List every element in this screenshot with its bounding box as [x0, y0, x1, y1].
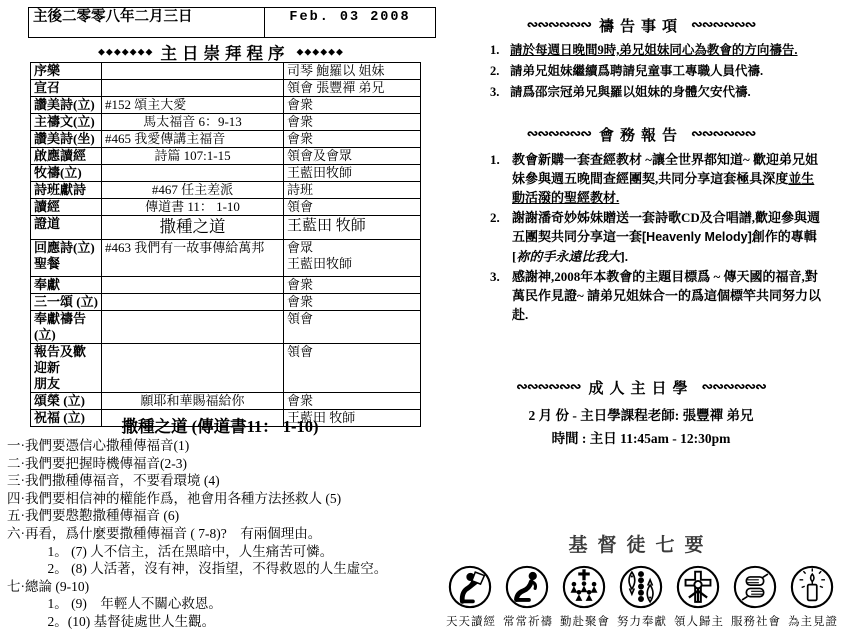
program-row: 詩班獻詩 #467 任主差派 詩班 [31, 182, 421, 199]
essential-label: 常常祈禱 [503, 613, 551, 629]
program-row: 宣召 領會 張豐禪 弟兄 [31, 80, 421, 97]
seven-essentials-icons: 天天讀經 常常祈禱 [440, 564, 842, 629]
program-item-cell: 讚美詩(立) [31, 97, 102, 114]
report-item: 2. 謝謝潘奇妙姊妹贈送一套詩歌CD及合唱譜,歡迎參與週五團契共同分享這一套[H… [490, 208, 826, 266]
ornament-left: ∾∾∾∾∾∾ [516, 380, 580, 395]
prayer-heading: ∾∾∾∾∾∾禱告事項∾∾∾∾∾∾ [440, 15, 842, 36]
sunday-school-section: ∾∾∾∾∾∾成人主日學∾∾∾∾∾∾ 2 月 份 - 主日學課程老師: 張豐禪 弟… [440, 377, 842, 447]
worship-order-heading: ◆◆◆◆◆◆◆主日崇拜程序◆◆◆◆◆◆ [0, 40, 442, 64]
program-item-cell: 詩班獻詩 [31, 182, 102, 199]
outline-line: 一·我們要憑信心撒種傳福音(1) [7, 437, 439, 455]
prayer-list: 1. 請於每週日晚間9時,弟兄姐妹同心為教會的方向禱告. 2. 請弟兄姐妹繼續爲… [490, 40, 842, 103]
program-leader-cell: 王藍田牧師 [284, 165, 421, 182]
ornament-right: ∾∾∾∾∾∾ [691, 18, 755, 33]
program-leader-cell: 會衆 [284, 393, 421, 410]
program-leader-cell: 會衆 [284, 131, 421, 148]
program-item-cell: 宣召 [31, 80, 102, 97]
essential-label: 努力奉獻 [617, 613, 665, 629]
sunday-school-heading: ∾∾∾∾∾∾成人主日學∾∾∾∾∾∾ [440, 377, 842, 398]
program-row: 序樂 司琴 鮑羅以 姐妹 [31, 63, 421, 80]
item-number: 2. [490, 61, 499, 82]
program-content-cell: #465 我愛傳講主福音 [102, 131, 284, 148]
worship-order-title: 主日崇拜程序 [160, 44, 289, 63]
report-item: 1. 教會新購一套查經教材 ~讓全世界都知道~ 歡迎弟兄姐妹參與週五晚間查經團契… [490, 150, 826, 207]
ornament-right: ∾∾∾∾∾∾ [702, 380, 766, 395]
item-number: 3. [490, 267, 500, 286]
program-row: 奉獻 會衆 [31, 277, 421, 294]
ornament-left: ∾∾∾∾∾∾ [527, 127, 591, 142]
outline-line: 二·我們要把握時機傳福音(2-3) [7, 455, 439, 473]
ornament-right: ∾∾∾∾∾∾ [691, 127, 755, 142]
program-table-body: 序樂 司琴 鮑羅以 姐妹 宣召 領會 張豐禪 弟兄 讚美詩(立) #152 頌主… [31, 63, 421, 427]
program-row: 讚美詩(坐) #465 我愛傳講主福音 會衆 [31, 131, 421, 148]
program-leader-cell: 會衆 [284, 114, 421, 131]
program-leader-cell: 領會 [284, 344, 421, 393]
program-row: 回應詩(立) 聖餐 #463 我們有一故事傳給萬邦 會眾 王藍田牧師 [31, 240, 421, 277]
reading-bible-icon [447, 564, 493, 610]
program-content-cell: #467 任主差派 [102, 182, 284, 199]
program-content-cell: 願耶和華賜福給你 [102, 393, 284, 410]
program-leader-cell: 會眾 王藍田牧師 [284, 240, 421, 277]
program-content-cell: 詩篇 107:1-15 [102, 148, 284, 165]
program-leader-cell: 領會 [284, 311, 421, 344]
program-leader-cell: 司琴 鮑羅以 姐妹 [284, 63, 421, 80]
essential-label: 天天讀經 [446, 613, 494, 629]
program-row: 三一頌 (立) 會衆 [31, 294, 421, 311]
program-leader-cell: 會衆 [284, 294, 421, 311]
fish-coins-offering-icon [618, 564, 664, 610]
report-item-text: ]. [620, 249, 628, 264]
program-content-cell: 馬太福音 6：9-13 [102, 114, 284, 131]
item-number: 1. [490, 150, 500, 169]
program-item-cell: 報告及歡迎新 朋友 [31, 344, 102, 393]
prayer-item: 2. 請弟兄姐妹繼續爲聘請兒童事工專職人員代禱. [490, 61, 842, 82]
program-row: 主禱文(立) 馬太福音 6：9-13 會衆 [31, 114, 421, 131]
date-chinese: 主後二零零八年二月三日 [29, 8, 265, 37]
program-item-cell: 奉獻禱告 (立) [31, 311, 102, 344]
program-leader-cell: 王藍田 牧師 [284, 216, 421, 240]
seven-essentials-section: 基督徒七要 天天讀經 [440, 530, 842, 629]
prayer-item: 3. 請爲邵宗冠弟兄與羅以姐妹的身體欠安代禱. [490, 82, 842, 103]
serving-hands-icon [732, 564, 778, 610]
program-leader-cell: 詩班 [284, 182, 421, 199]
prayer-item-text: 請爲邵宗冠弟兄與羅以姐妹的身體欠安代禱. [510, 85, 751, 99]
essential-label: 服務社會 [731, 613, 779, 629]
program-leader-cell: 領會 張豐禪 弟兄 [284, 80, 421, 97]
sunday-school-teacher: 2 月 份 - 主日學課程老師: 張豐禪 弟兄 [440, 404, 842, 424]
program-row: 報告及歡迎新 朋友 領會 [31, 344, 421, 393]
report-section: ∾∾∾∾∾∾會務報告∾∾∾∾∾∾ 1. 教會新購一套查經教材 ~讓全世界都知道~… [440, 124, 842, 325]
sunday-school-time: 時間 : 主日 11:45am - 12:30pm [440, 427, 842, 447]
essential-item: 勤赴聚會 [560, 564, 608, 629]
report-heading: ∾∾∾∾∾∾會務報告∾∾∾∾∾∾ [440, 124, 842, 145]
outline-line: 七·總論 (9-10) [7, 578, 439, 596]
program-row: 啟應讀經 詩篇 107:1-15 領會及會眾 [31, 148, 421, 165]
program-item-cell: 奉獻 [31, 277, 102, 294]
person-cross-icon [675, 564, 721, 610]
essential-item: 服務社會 [731, 564, 779, 629]
album-producer-name: [Heavenly Melody] [642, 230, 752, 244]
program-leader-cell: 會衆 [284, 277, 421, 294]
program-row: 牧禱(立) 王藍田牧師 [31, 165, 421, 182]
essential-label: 領人歸主 [674, 613, 722, 629]
essential-item: 為主見證 [788, 564, 836, 629]
outline-line: 1。 (7) 人不信主，活在黑暗中，人生痛苦可憐。 [7, 543, 439, 561]
report-title: 會務報告 [599, 128, 683, 144]
outline-line: 五·我們要慇懃撒種傳福音 (6) [7, 507, 439, 525]
program-content-cell [102, 311, 284, 344]
prayer-item-text: 請於每週日晚間9時,弟兄姐妹同心為教會的方向禱告. [510, 43, 798, 57]
essential-item: 努力奉獻 [617, 564, 665, 629]
essential-item: 天天讀經 [446, 564, 494, 629]
prayer-title: 禱告事項 [599, 19, 683, 35]
item-number: 3. [490, 82, 499, 103]
program-leader-cell: 會衆 [284, 97, 421, 114]
date-english: Feb. 03 2008 [265, 8, 435, 37]
sermon-title: 撒種之道 (傳道書11： 1-10) [0, 413, 440, 437]
date-header-box: 主後二零零八年二月三日 Feb. 03 2008 [28, 7, 436, 38]
program-content-cell [102, 277, 284, 294]
item-number: 1. [490, 40, 499, 61]
seven-essentials-title: 基督徒七要 [440, 530, 842, 557]
album-title: 祢的手永遠比我大 [516, 249, 620, 264]
program-content-cell [102, 165, 284, 182]
program-leader-cell: 領會 [284, 199, 421, 216]
program-row: 讚美詩(立) #152 頌主大愛 會衆 [31, 97, 421, 114]
program-content-cell: 撒種之道 [102, 216, 284, 240]
report-item-text: 教會新購一套查經教材 ~讓全世界都知道~ 歡迎弟兄姐妹參與週五晚間查經團契,共同… [512, 152, 818, 186]
outline-line: 三·我們撒種傳福音，不要看環境 (4) [7, 472, 439, 490]
outline-line: 2。 (8) 人活著，沒有神，沒指望，不得救恩的人生虛空。 [7, 560, 439, 578]
program-item-cell: 牧禱(立) [31, 165, 102, 182]
sermon-outline: 一·我們要憑信心撒種傳福音(1)二·我們要把握時機傳福音(2-3)三·我們撒種傳… [7, 437, 439, 631]
outline-line: 1。 (9) 年輕人不關心救恩。 [7, 595, 439, 613]
prayer-item: 1. 請於每週日晚間9時,弟兄姐妹同心為教會的方向禱告. [490, 40, 842, 61]
program-item-cell: 三一頌 (立) [31, 294, 102, 311]
program-content-cell [102, 63, 284, 80]
congregation-cross-icon [561, 564, 607, 610]
ornament-right: ◆◆◆◆◆◆ [296, 47, 344, 57]
program-content-cell: 傳道書 11： 1-10 [102, 199, 284, 216]
ornament-left: ◆◆◆◆◆◆◆ [98, 47, 153, 57]
program-row: 證道 撒種之道 王藍田 牧師 [31, 216, 421, 240]
item-number: 2. [490, 208, 500, 227]
program-row: 頌榮 (立) 願耶和華賜福給你 會衆 [31, 393, 421, 410]
ornament-left: ∾∾∾∾∾∾ [527, 18, 591, 33]
essential-label: 為主見證 [788, 613, 836, 629]
essential-label: 勤赴聚會 [560, 613, 608, 629]
sunday-school-title: 成人主日學 [588, 381, 693, 397]
program-item-cell: 頌榮 (立) [31, 393, 102, 410]
essential-item: 常常祈禱 [503, 564, 551, 629]
bulletin-page: 主後二零零八年二月三日 Feb. 03 2008 ◆◆◆◆◆◆◆主日崇拜程序◆◆… [0, 0, 842, 642]
report-list: 1. 教會新購一套查經教材 ~讓全世界都知道~ 歡迎弟兄姐妹參與週五晚間查經團契… [490, 150, 826, 324]
program-item-cell: 主禱文(立) [31, 114, 102, 131]
outline-line: 2。(10) 基督徒處世人生觀。 [7, 613, 439, 631]
program-item-cell: 序樂 [31, 63, 102, 80]
praying-icon [504, 564, 550, 610]
program-row: 讀經 傳道書 11： 1-10 領會 [31, 199, 421, 216]
program-content-cell: #152 頌主大愛 [102, 97, 284, 114]
worship-program-table: 序樂 司琴 鮑羅以 姐妹 宣召 領會 張豐禪 弟兄 讚美詩(立) #152 頌主… [30, 62, 421, 427]
program-row: 奉獻禱告 (立) 領會 [31, 311, 421, 344]
outline-line: 四·我們要相信神的權能作爲，祂會用各種方法拯救人 (5) [7, 490, 439, 508]
program-item-cell: 證道 [31, 216, 102, 240]
candle-witness-icon [789, 564, 835, 610]
program-content-cell [102, 294, 284, 311]
outline-line: 六·再看，爲什麼要撒種傳福音 ( 7-8)? 有兩個理由。 [7, 525, 439, 543]
program-item-cell: 啟應讀經 [31, 148, 102, 165]
report-item-text: 感謝神,2008年本教會的主題目標爲 ~ 傳天國的福音,對萬民作見證~ 請弟兄姐… [512, 269, 821, 322]
prayer-item-text: 請弟兄姐妹繼續爲聘請兒童事工專職人員代禱. [510, 64, 763, 78]
prayer-section: ∾∾∾∾∾∾禱告事項∾∾∾∾∾∾ 1. 請於每週日晚間9時,弟兄姐妹同心為教會的… [440, 15, 842, 103]
program-content-cell [102, 344, 284, 393]
report-item: 3. 感謝神,2008年本教會的主題目標爲 ~ 傳天國的福音,對萬民作見證~ 請… [490, 267, 826, 324]
essential-item: 領人歸主 [674, 564, 722, 629]
program-item-cell: 讀經 [31, 199, 102, 216]
program-leader-cell: 領會及會眾 [284, 148, 421, 165]
program-content-cell: #463 我們有一故事傳給萬邦 [102, 240, 284, 277]
program-content-cell [102, 80, 284, 97]
program-item-cell: 回應詩(立) 聖餐 [31, 240, 102, 277]
program-item-cell: 讚美詩(坐) [31, 131, 102, 148]
